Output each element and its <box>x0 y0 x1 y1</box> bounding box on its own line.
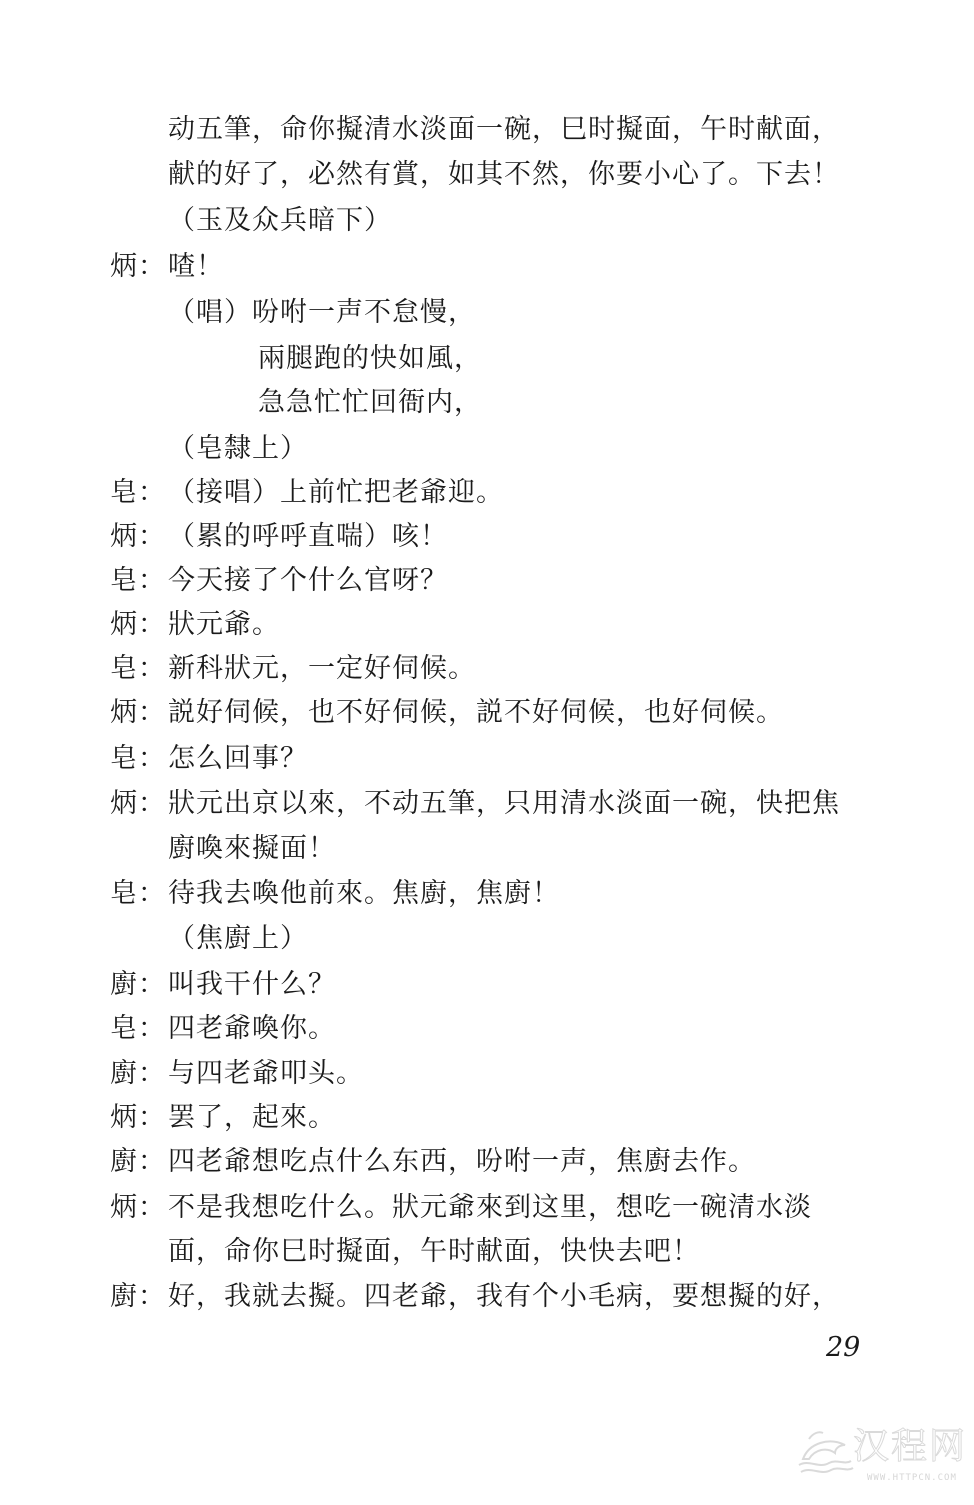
dialog-text: 面，命你巳时擬面，午时献面，快快去吧！ <box>168 1230 700 1274</box>
speaker-label: 皂： <box>110 647 170 691</box>
dialog-text: 今天接了个什么官呀？ <box>168 559 448 603</box>
speaker-label: 皂： <box>110 737 170 781</box>
speaker-label: 炳： <box>110 691 170 735</box>
book-page: 动五筆，命你擬清水淡面一碗，巳时擬面，午时献面， 献的好了，必然有賞，如其不然，… <box>0 0 974 1505</box>
watermark: 汉程网 WWW.HTTPCN.COM <box>795 1425 970 1495</box>
speaker-label: 廚： <box>110 963 170 1007</box>
speaker-label: 炳： <box>110 782 170 826</box>
dialog-text: 待我去喚他前來。焦廚，焦廚！ <box>168 872 560 916</box>
speaker-label: 皂： <box>110 872 170 916</box>
watermark-title: 汉程网 <box>853 1425 967 1469</box>
dialog-text: 廚喚來擬面！ <box>168 827 336 871</box>
dialog-text: 怎么回事？ <box>168 737 308 781</box>
speaker-label: 炳： <box>110 245 170 289</box>
dialog-text: （接唱）上前忙把老爺迎。 <box>168 471 504 515</box>
song-text: 急急忙忙回衙内， <box>258 381 482 425</box>
song-text: 兩腿跑的快如風， <box>258 337 482 381</box>
speaker-label: 廚： <box>110 1275 170 1319</box>
dialog-text: 喳！ <box>168 245 224 289</box>
speaker-label: 皂： <box>110 1007 170 1051</box>
song-text: （唱）吩咐一声不怠慢， <box>168 291 476 335</box>
stage-direction-text: （焦廚上） <box>168 917 308 961</box>
speaker-label: 炳： <box>110 603 170 647</box>
speaker-label: 廚： <box>110 1052 170 1096</box>
stage-direction-text: （玉及众兵暗下） <box>168 199 392 243</box>
speaker-label: 皂： <box>110 559 170 603</box>
dialog-text: 与四老爺叩头。 <box>168 1052 364 1096</box>
dialog-text: 动五筆，命你擬清水淡面一碗，巳时擬面，午时献面， <box>168 108 840 152</box>
dialog-text: 献的好了，必然有賞，如其不然，你要小心了。下去！ <box>168 153 840 197</box>
dialog-text: （累的呼呼直喘）咳！ <box>168 515 448 559</box>
dialog-text: 新科狀元，一定好伺候。 <box>168 647 476 691</box>
dialog-text: 叫我干什么？ <box>168 963 336 1007</box>
watermark-url: WWW.HTTPCN.COM <box>867 1473 957 1483</box>
dialog-text: 四老爺喚你。 <box>168 1007 336 1051</box>
speaker-label: 炳： <box>110 515 170 559</box>
speaker-label: 廚： <box>110 1140 170 1184</box>
speaker-label: 炳： <box>110 1096 170 1140</box>
stage-direction-text: （皂隸上） <box>168 427 308 471</box>
speaker-label: 炳： <box>110 1186 170 1230</box>
speaker-label: 皂： <box>110 471 170 515</box>
page-number: 29 <box>826 1332 860 1363</box>
dialog-text: 不是我想吃什么。狀元爺來到这里，想吃一碗清水淡 <box>168 1186 812 1230</box>
dialog-text: 四老爺想吃点什么东西，吩咐一声，焦廚去作。 <box>168 1140 756 1184</box>
dialog-text: 好，我就去擬。四老爺，我有个小毛病，要想擬的好， <box>168 1275 840 1319</box>
dolphin-wave-logo-icon <box>795 1429 855 1479</box>
dialog-text: 狀元出京以來，不动五筆，只用清水淡面一碗，快把焦 <box>168 782 840 826</box>
dialog-text: 狀元爺。 <box>168 603 280 647</box>
dialog-text: 説好伺候，也不好伺候，説不好伺候，也好伺候。 <box>168 691 784 735</box>
dialog-text: 罢了，起來。 <box>168 1096 336 1140</box>
